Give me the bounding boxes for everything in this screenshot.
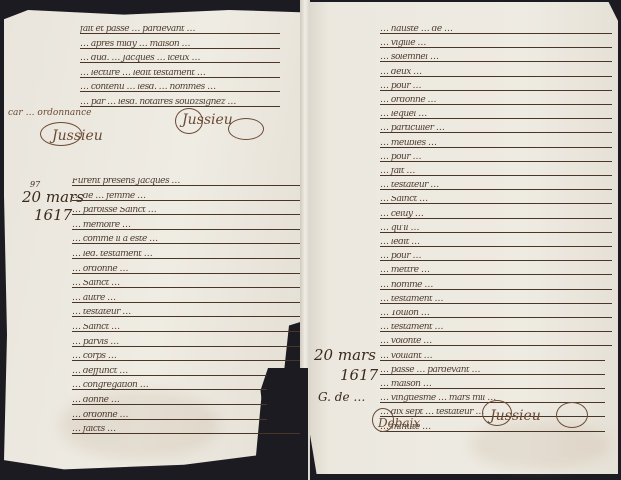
handwritten-line: fait et passé … pardevant … [80, 26, 280, 34]
handwritten-line: … Toulon … [380, 310, 612, 318]
handwritten-line: … particulier … [380, 125, 612, 133]
handwritten-line: … memoire … [72, 222, 300, 230]
handwritten-line: … fait … [380, 168, 612, 176]
handwritten-line: … pour … [380, 83, 612, 91]
handwritten-line: … ordonne … [72, 412, 267, 420]
handwritten-line: … Sainct … [380, 196, 612, 204]
handwritten-line: … qu'il … [380, 225, 612, 233]
handwritten-line: … comme il a esté … [72, 236, 300, 244]
handwritten-line: … parvis … [72, 339, 300, 347]
margin-year: 1617 [34, 206, 72, 224]
handwritten-line: … testament … [380, 296, 612, 304]
signature-flourish [556, 402, 588, 428]
handwritten-line: … dud. … Jacques … iceux … [80, 55, 280, 63]
handwritten-line: … testateur … [380, 182, 612, 190]
handwritten-line: … nommé … [380, 282, 612, 290]
handwritten-line: … pour … [380, 253, 612, 261]
handwritten-line: Furent presens Jacques … [72, 178, 300, 186]
handwritten-line: … faicts … [72, 426, 300, 434]
handwritten-line: … meubles … [380, 140, 612, 148]
handwritten-line: … paroisse Sainct … [72, 207, 300, 215]
handwritten-line: … mettre … [380, 267, 612, 275]
handwritten-line: … Sainct … [72, 324, 300, 332]
handwritten-line: … led. testament … [72, 251, 300, 259]
handwritten-line: … ledit … [380, 239, 612, 247]
handwritten-line: … celuy … [380, 211, 612, 219]
signature-flourish [175, 108, 203, 134]
handwritten-line: … testament … [380, 324, 612, 332]
margin-year-right: 1617 [340, 366, 378, 384]
handwritten-line: … passé … pardevant … [380, 367, 605, 375]
handwritten-line: … pour … [380, 154, 612, 162]
handwritten-line: … ordonné … [380, 97, 612, 105]
handwritten-line: … solemnel … [380, 54, 612, 62]
handwritten-line: … apres midy … maison … [80, 41, 280, 49]
handwritten-line: … vigille … [380, 40, 612, 48]
handwritten-line: … maison … [380, 381, 605, 389]
handwritten-line: … voulant … [380, 353, 605, 361]
handwritten-line: … autre … [72, 295, 300, 303]
handwritten-line: … Sainct … [72, 280, 300, 288]
handwritten-line: … deffunct … [72, 368, 267, 376]
handwritten-line: … congregation … [72, 382, 267, 390]
handwritten-line: … contenu … lesd. … nommés … [80, 84, 280, 92]
handwritten-line: … deux … [380, 69, 612, 77]
handwritten-line: … ordonné … [72, 266, 300, 274]
margin-name-right: G. de … [318, 390, 365, 404]
handwritten-line: … testateur … [72, 309, 300, 317]
handwritten-line: … hauste … de … [380, 26, 612, 34]
signature-flourish [228, 118, 264, 140]
signature-flourish [372, 408, 394, 432]
signature-flourish [40, 122, 82, 146]
handwritten-line: … de … femme … [72, 193, 300, 201]
handwritten-line: … lecture … ledit testament … [80, 70, 280, 78]
margin-date-right: 20 mars [314, 346, 376, 364]
handwritten-line: … volonté … [380, 338, 612, 346]
handwritten-line: … lequel … [380, 111, 612, 119]
signature-flourish [482, 400, 512, 426]
handwritten-line: … donne … [72, 397, 267, 405]
signature-left-1: car … ordonnance [8, 108, 91, 118]
handwritten-line: … corps … [72, 353, 300, 361]
handwritten-line: … par … lesd. notaires soubzsignez … [80, 99, 280, 107]
